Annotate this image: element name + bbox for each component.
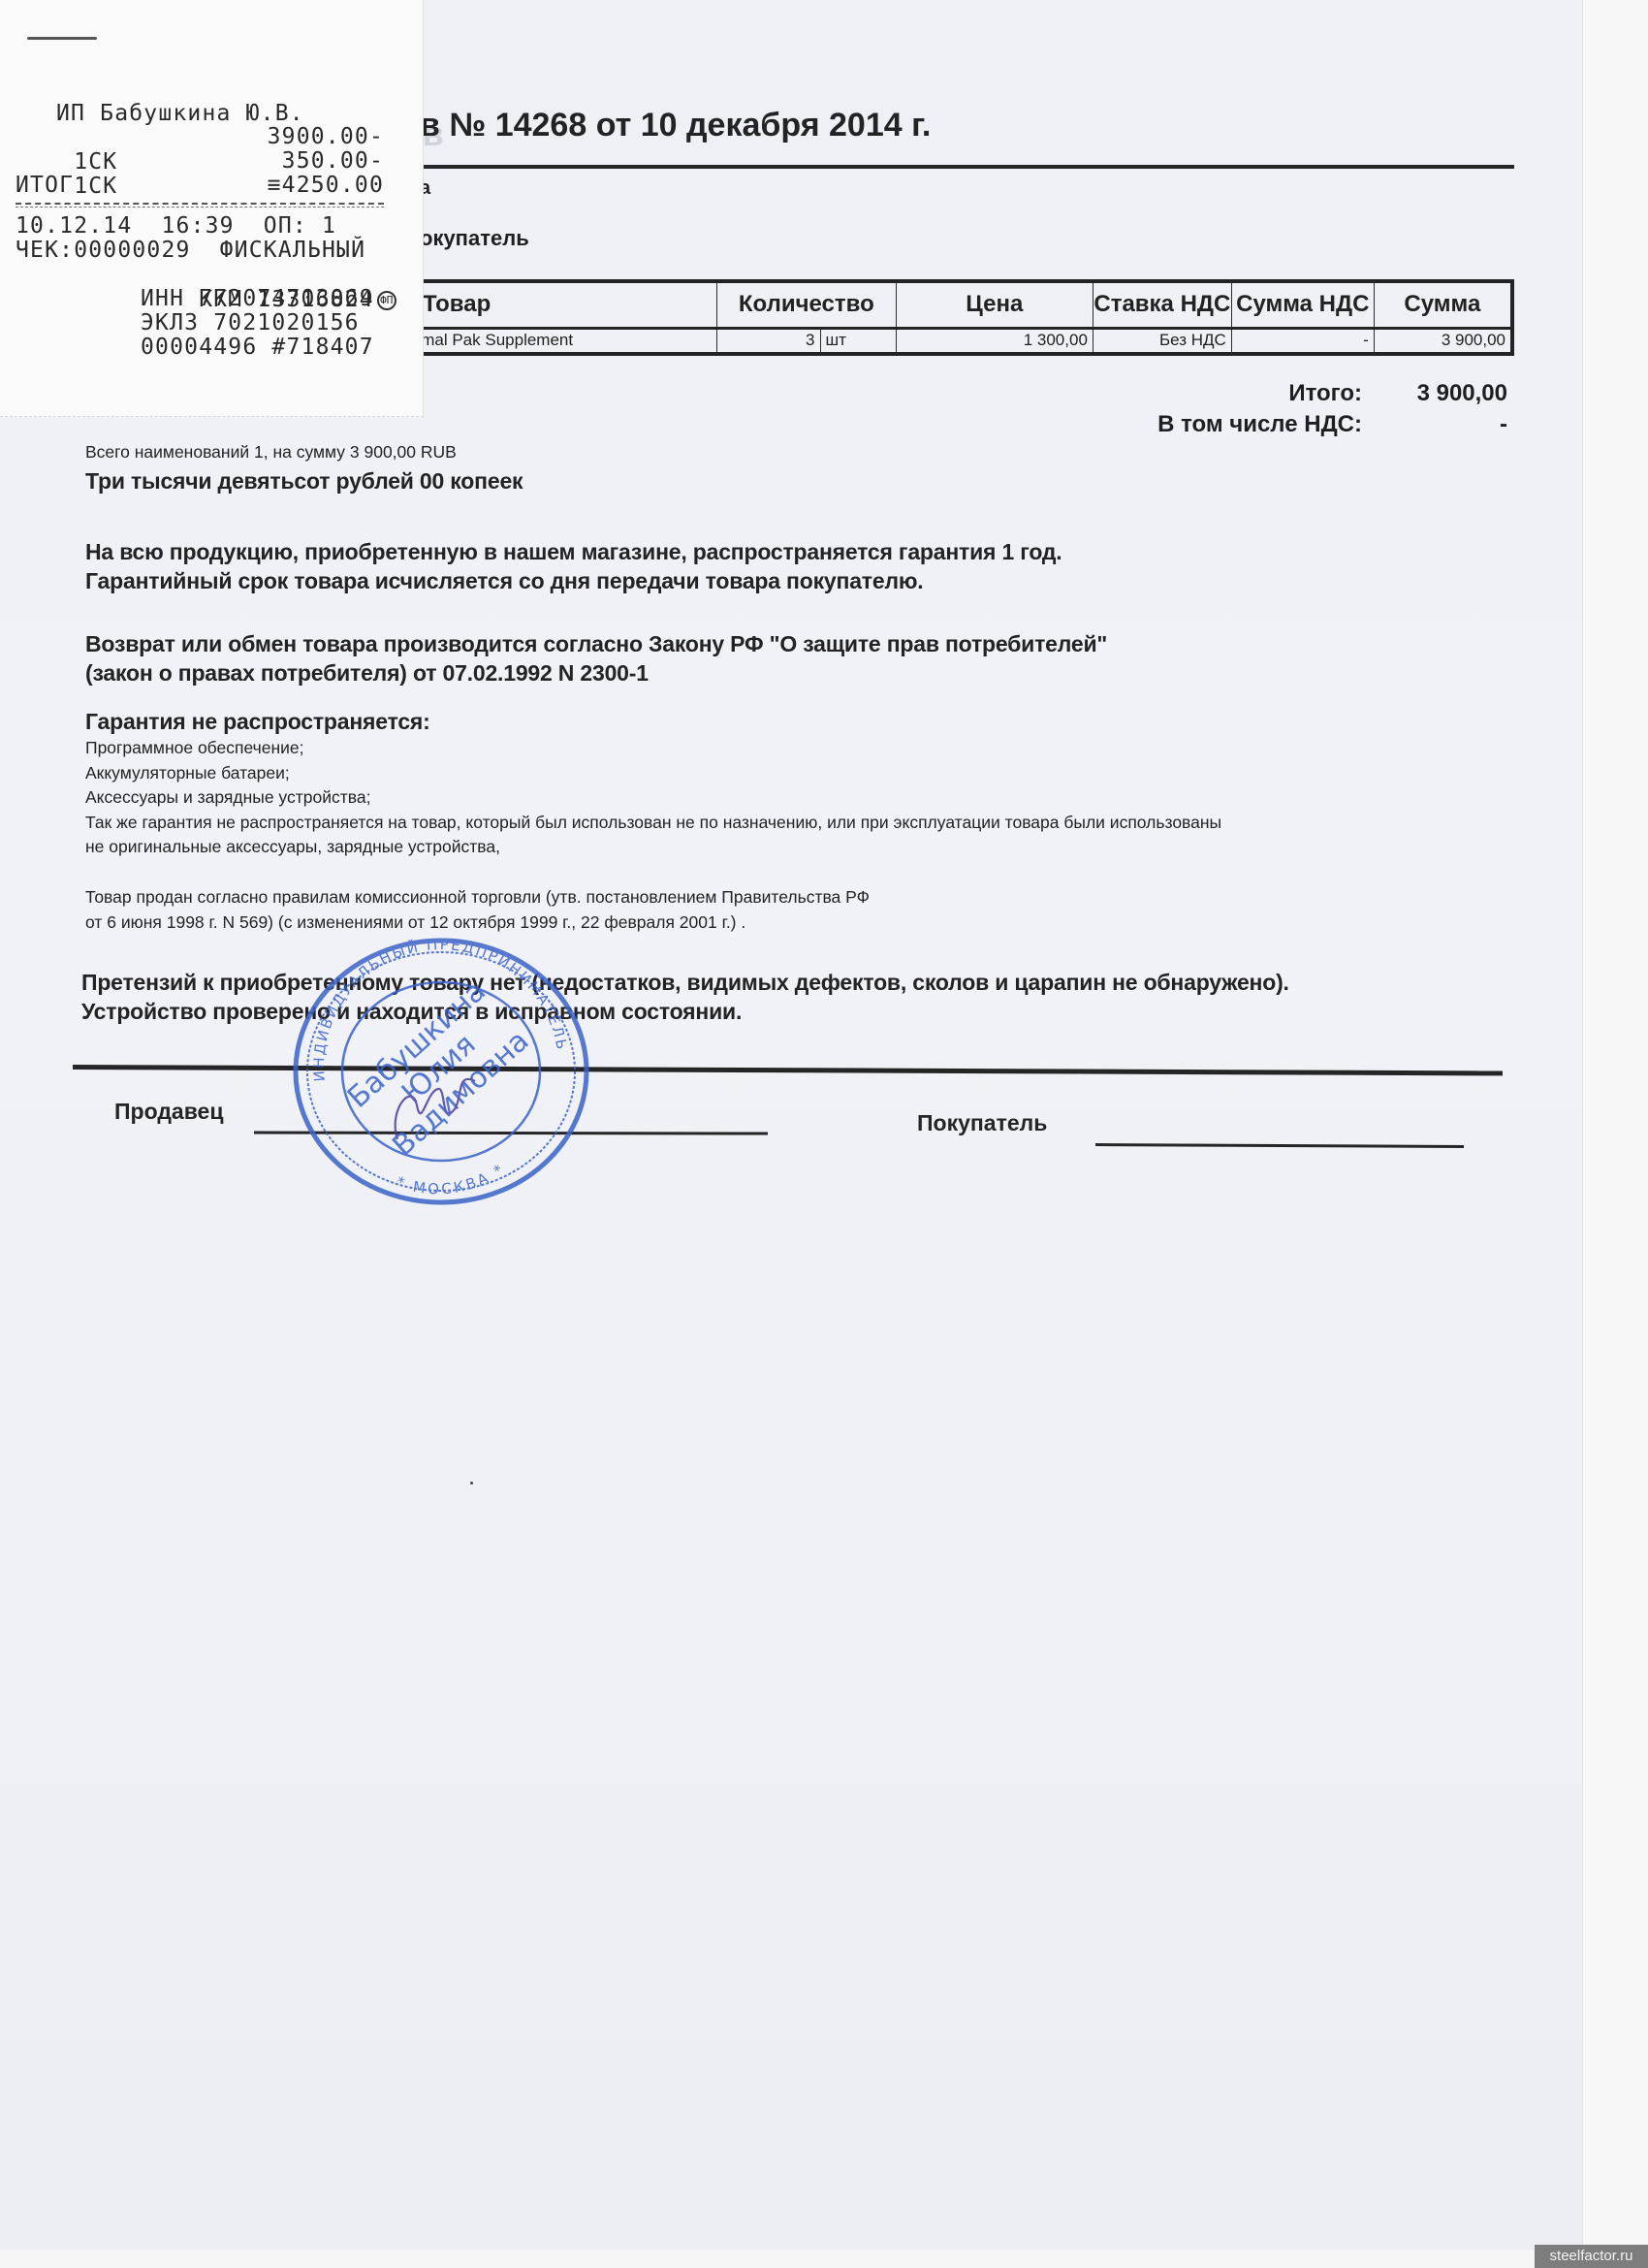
page-bottom-edge xyxy=(0,2250,1583,2268)
exclusions-block: Гарантия не распространяется: Программно… xyxy=(85,709,1221,862)
header-quantity: Количество xyxy=(716,281,896,328)
receipt-check-number: ЧЕК:00000029 ФИСКАЛЬНЫЙ xyxy=(16,238,384,263)
exclusion-item: Так же гарантия не распространяется на т… xyxy=(85,813,1221,838)
cell-price: 1 300,00 xyxy=(896,328,1093,354)
buyer-label-fragment: окупатель xyxy=(420,226,529,251)
receipt-tear-mark xyxy=(27,37,97,40)
exclusions-heading: Гарантия не распространяется: xyxy=(85,709,1221,738)
vat-value: - xyxy=(1362,411,1507,438)
cell-quantity: 3 xyxy=(716,328,820,354)
items-count-line: Всего наименований 1, на сумму 3 900,00 … xyxy=(85,442,523,468)
goods-table: Товар Количество Цена Ставка НДС Сумма Н… xyxy=(399,279,1514,356)
exclusion-item: Аксессуары и зарядные устройства; xyxy=(85,787,1221,813)
title-underline xyxy=(424,165,1514,169)
scanner-background xyxy=(1583,0,1648,2268)
seller-signature-label: Продавец xyxy=(114,1099,223,1125)
total-value: 3 900,00 xyxy=(1362,380,1507,407)
claims-block: Претензий к приобретенному товару нет (н… xyxy=(81,970,1289,1028)
receipt-item-amount: 350.00- xyxy=(16,148,384,174)
claims-line-2: Устройство проверено и находится в испра… xyxy=(81,999,1289,1028)
cell-vat-rate: Без НДС xyxy=(1093,328,1231,354)
exclusion-item: не оригинальные аксессуары, зарядные уст… xyxy=(85,837,1221,862)
receipt-document-number: 00004496 #718407 xyxy=(141,335,509,360)
vat-row: В том числе НДС: - xyxy=(969,409,1507,440)
cell-unit: шт xyxy=(820,328,896,354)
header-vat-rate: Ставка НДС xyxy=(1093,281,1231,328)
table-header-row: Товар Количество Цена Ставка НДС Сумма Н… xyxy=(401,281,1512,328)
receipt-total-amount: ≡4250.00 xyxy=(16,173,384,198)
exclusion-item: Аккумуляторные батареи; xyxy=(85,763,1221,788)
document-title: в № 14268 от 10 декабря 2014 г. xyxy=(420,107,931,144)
scan-speck xyxy=(470,1482,473,1485)
amount-in-words: Три тысячи девятьсот рублей 00 копеек xyxy=(85,468,523,495)
receipt-eklz: ЭКЛЗ 7021020156 xyxy=(141,310,509,335)
warranty-line-1: На всю продукцию, приобретенную в нашем … xyxy=(85,539,1062,568)
exclusion-item: Программное обеспечение; xyxy=(85,738,1221,763)
receipt-datetime: 10.12.14 16:39 ОП: 1 xyxy=(16,213,384,239)
summary-block: Всего наименований 1, на сумму 3 900,00 … xyxy=(85,442,523,495)
company-seal-stamp: ИНДИВИДУАЛЬНЫЙ ПРЕДПРИНИМАТЕЛЬ * ОГРНИП … xyxy=(281,926,601,1207)
table-row: nimal Pak Supplement 3 шт 1 300,00 Без Н… xyxy=(401,328,1512,354)
returns-line-2: (закон о правах потребителя) от 07.02.19… xyxy=(85,660,1107,689)
receipt-separator xyxy=(16,207,384,208)
total-label: Итого: xyxy=(1288,380,1362,407)
receipt-merchant: ИП Бабушкина Ю.В. xyxy=(56,101,425,126)
totals-block: Итого: 3 900,00 В том числе НДС: - xyxy=(969,378,1507,440)
returns-line-1: Возврат или обмен товара производится со… xyxy=(85,631,1107,660)
claims-line-1: Претензий к приобретенному товару нет (н… xyxy=(81,970,1289,999)
receipt-inn: ИНН 772074703069 xyxy=(141,286,509,311)
receipt-separator xyxy=(16,203,384,205)
vat-label: В том числе НДС: xyxy=(1157,411,1362,438)
commission-line-1: Товар продан согласно правилам комиссион… xyxy=(85,887,870,912)
total-row: Итого: 3 900,00 xyxy=(969,378,1507,409)
warranty-block: На всю продукцию, приобретенную в нашем … xyxy=(85,539,1062,597)
header-vat-sum: Сумма НДС xyxy=(1231,281,1374,328)
header-sum: Сумма xyxy=(1374,281,1512,328)
cell-sum: 3 900,00 xyxy=(1374,328,1512,354)
site-watermark: steelfactor.ru xyxy=(1535,2245,1648,2268)
receipt-item-amount: 3900.00- xyxy=(16,124,384,149)
warranty-line-2: Гарантийный срок товара исчисляется со д… xyxy=(85,568,1062,597)
header-price: Цена xyxy=(896,281,1093,328)
returns-block: Возврат или обмен товара производится со… xyxy=(85,631,1107,689)
cash-receipt: ИП Бабушкина Ю.В. 1СК 3900.00- 1СК 350.0… xyxy=(0,0,424,417)
buyer-signature-label: Покупатель xyxy=(917,1110,1047,1136)
cell-vat-sum: - xyxy=(1231,328,1374,354)
